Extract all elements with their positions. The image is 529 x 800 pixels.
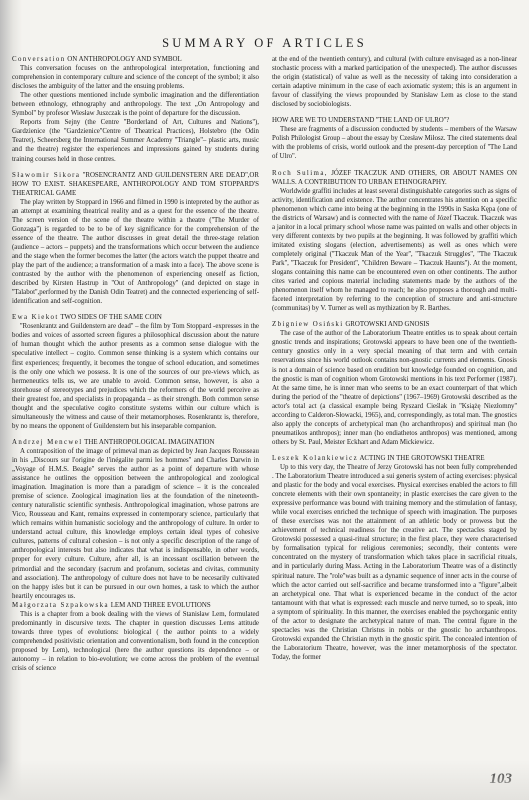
article-title: LEM AND THREE EVOLUTIONS xyxy=(111,602,211,609)
article-heading: Sławomir Sikora ''ROSENCRANTZ AND GUILDE… xyxy=(12,171,259,198)
article-title: THE ANTHROPOLOGICAL IMAGINATION xyxy=(84,439,214,446)
article-author: Andrzej Mencwel xyxy=(12,439,83,446)
article-szpakowska-continued: at the end of the twentieth century), an… xyxy=(272,55,517,109)
article-title: GROTOWSKI AND GNOSIS xyxy=(345,321,429,328)
article-title: ON ANTHROPOLOGY AND SYMBOL xyxy=(67,56,181,63)
article-paragraph: The play written by Stoppard in 1966 and… xyxy=(12,198,259,307)
article-sulima: Roch Sulima, JÓZEF TKACZUK AND OTHERS, O… xyxy=(272,169,517,314)
article-author: Ewa Kiekot xyxy=(12,314,59,321)
left-column: Conversation ON ANTHROPOLOGY AND SYMBOL … xyxy=(12,55,259,680)
article-heading: Zbigniew Osiński GROTOWSKI AND GNOSIS xyxy=(272,320,517,329)
article-paragraph: Worldwide graffiti includes at least sev… xyxy=(272,187,517,314)
article-author: Leszek Kolankiewicz xyxy=(272,455,358,462)
right-column: at the end of the twentieth century), an… xyxy=(272,55,517,669)
article-author: Małgorzata Szpakowska xyxy=(12,602,109,609)
article-heading: Roch Sulima, JÓZEF TKACZUK AND OTHERS, O… xyxy=(272,169,517,187)
article-paragraph: A contraposition of the image of primeva… xyxy=(12,447,259,601)
article-heading: Leszek Kolankiewicz ACTING IN THE GROTOW… xyxy=(272,454,517,463)
article-osinski: Zbigniew Osiński GROTOWSKI AND GNOSIS Th… xyxy=(272,320,517,447)
article-heading: Ewa Kiekot TWO SIDES OF THE SAME COIN xyxy=(12,313,259,322)
article-paragraph: This is a chapter from a book dealing wi… xyxy=(12,610,259,673)
article-conversation: Conversation ON ANTHROPOLOGY AND SYMBOL … xyxy=(12,55,259,164)
article-heading: HOW ARE WE TO UNDERSTAND ''THE LAND OF U… xyxy=(272,116,517,125)
article-heading: Conversation ON ANTHROPOLOGY AND SYMBOL xyxy=(12,55,259,64)
article-title: ACTING IN THE GROTOWSKI THEATRE xyxy=(359,455,484,462)
article-paragraph: Reports from Sejny (the Centre ''Borderl… xyxy=(12,118,259,163)
article-szpakowska: Małgorzata Szpakowska LEM AND THREE EVOL… xyxy=(12,601,259,673)
article-author: Conversation xyxy=(12,56,66,63)
article-paragraph: This conversation focuses on the anthrop… xyxy=(12,64,259,91)
article-kiekot: Ewa Kiekot TWO SIDES OF THE SAME COIN ''… xyxy=(12,313,259,431)
article-paragraph: The other questions mentioned include sy… xyxy=(12,91,259,118)
article-title: TWO SIDES OF THE SAME COIN xyxy=(60,314,162,321)
page-title: SUMMARY OF ARTICLES xyxy=(0,36,529,51)
article-paragraph: These are fragments of a discussion cond… xyxy=(272,125,517,161)
page-bottom-shadow xyxy=(0,760,529,800)
article-heading: Andrzej Mencwel THE ANTHROPOLOGICAL IMAG… xyxy=(12,438,259,447)
article-title: HOW ARE WE TO UNDERSTAND ''THE LAND OF U… xyxy=(272,117,449,124)
article-paragraph: at the end of the twentieth century), an… xyxy=(272,55,517,109)
article-paragraph: The case of the author of the Laboratori… xyxy=(272,329,517,447)
article-paragraph: ''Rosenkrantz and Guildenstern are dead'… xyxy=(12,322,259,431)
article-author: Zbigniew Osiński xyxy=(272,321,344,328)
article-author: Roch Sulima, xyxy=(272,170,328,177)
article-heading: Małgorzata Szpakowska LEM AND THREE EVOL… xyxy=(12,601,259,610)
article-land-of-ulro: HOW ARE WE TO UNDERSTAND ''THE LAND OF U… xyxy=(272,116,517,161)
article-paragraph: Up to this very day, the Theatre of Jerz… xyxy=(272,463,517,662)
article-sikora: Sławomir Sikora ''ROSENCRANTZ AND GUILDE… xyxy=(12,171,259,307)
article-mencwel: Andrzej Mencwel THE ANTHROPOLOGICAL IMAG… xyxy=(12,438,259,601)
article-kolankiewicz: Leszek Kolankiewicz ACTING IN THE GROTOW… xyxy=(272,454,517,662)
article-author: Sławomir Sikora xyxy=(12,172,80,179)
